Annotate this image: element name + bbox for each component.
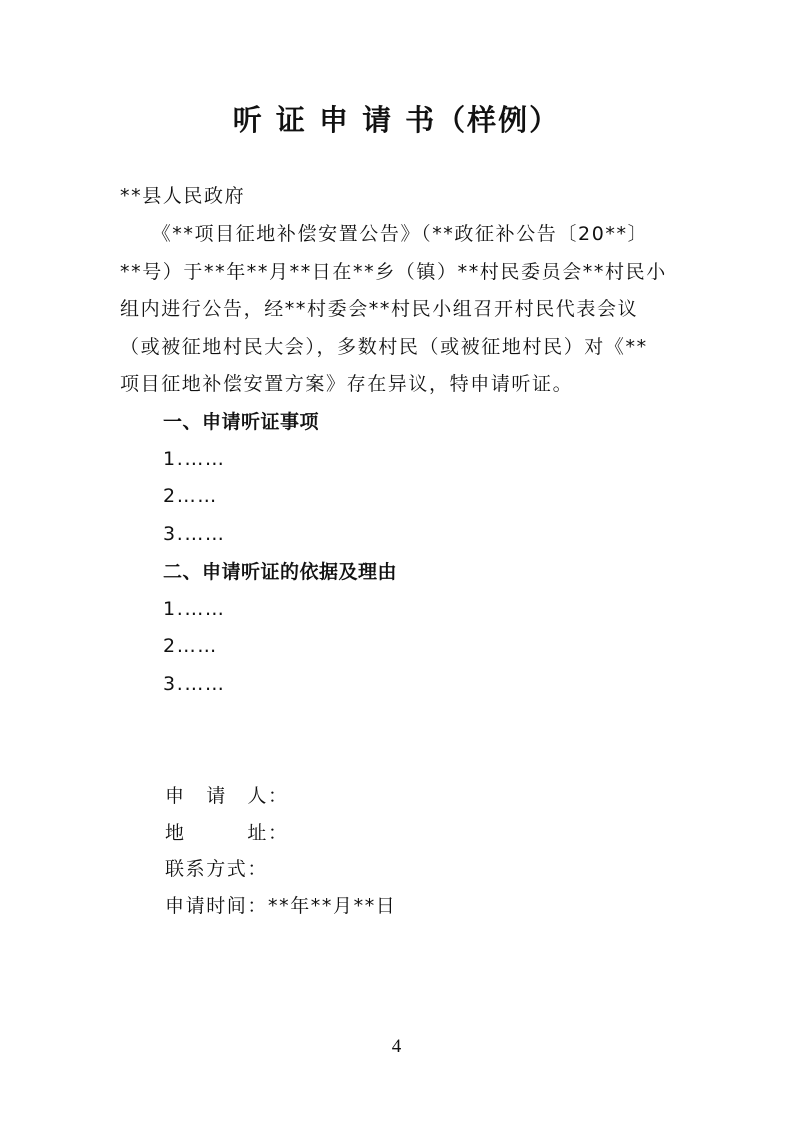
section2-item-3: 3.…… [163, 672, 226, 696]
body-line-4: （或被征地村民大会），多数村民（或被征地村民）对《** [120, 335, 648, 359]
signature-date: 申请时间：**年**月**日 [165, 894, 396, 918]
signature-address: 地 址： [165, 821, 289, 845]
addressee: **县人民政府 [120, 184, 245, 208]
section2-item-1: 1.…… [163, 597, 226, 621]
document-title: 听 证 申 请 书（样例） [0, 98, 793, 139]
page-number: 4 [0, 1036, 793, 1058]
section2-heading: 二、申请听证的依据及理由 [163, 560, 397, 584]
body-line-1: 《**项目征地补偿安置公告》（**政征补公告〔20**〕 [120, 222, 648, 246]
signature-contact: 联系方式： [165, 857, 268, 881]
section1-item-3: 3.…… [163, 522, 226, 546]
section1-item-1: 1.…… [163, 447, 226, 471]
document-page: 听 证 申 请 书（样例） **县人民政府 《**项目征地补偿安置公告》（**政… [0, 0, 793, 1122]
body-line-5: 项目征地补偿安置方案》存在异议，特申请听证。 [120, 372, 573, 396]
section1-item-2: 2…… [163, 484, 218, 508]
section2-item-2: 2…… [163, 634, 218, 658]
body-line-2: **号）于**年**月**日在**乡（镇）**村民委员会**村民小 [120, 260, 667, 284]
body-line-3: 组内进行公告，经**村委会**村民小组召开村民代表会议 [120, 297, 638, 321]
section1-heading: 一、申请听证事项 [163, 410, 319, 434]
signature-applicant: 申 请 人： [165, 784, 289, 808]
